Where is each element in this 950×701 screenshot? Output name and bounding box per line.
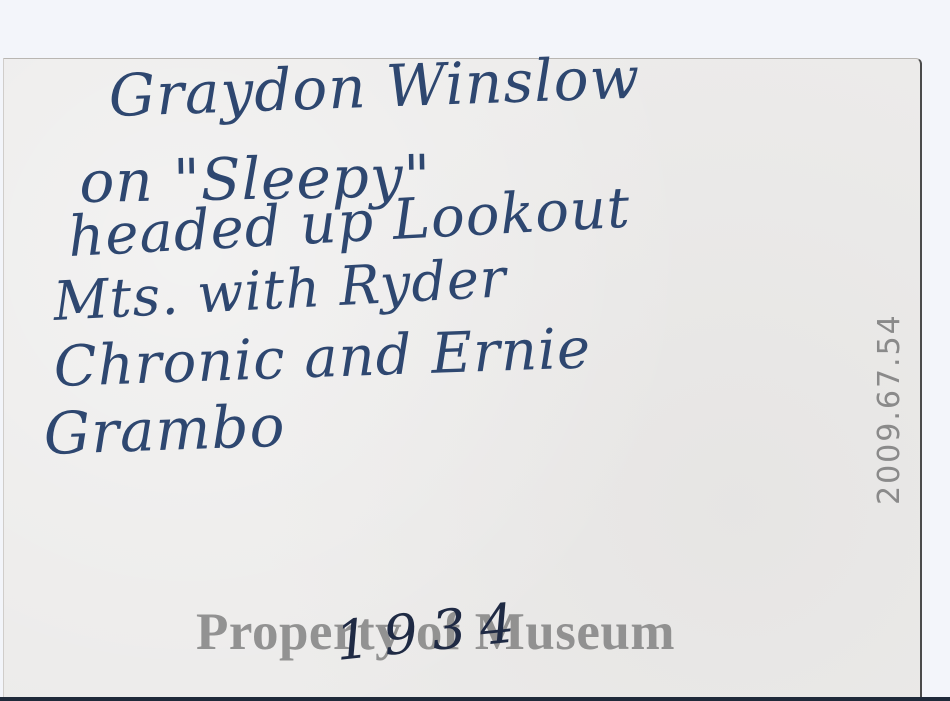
catalog-number: 2009.67.54 (872, 313, 907, 505)
handwritten-line-6: Grambo (43, 392, 287, 468)
scan-bottom-edge (0, 697, 950, 701)
